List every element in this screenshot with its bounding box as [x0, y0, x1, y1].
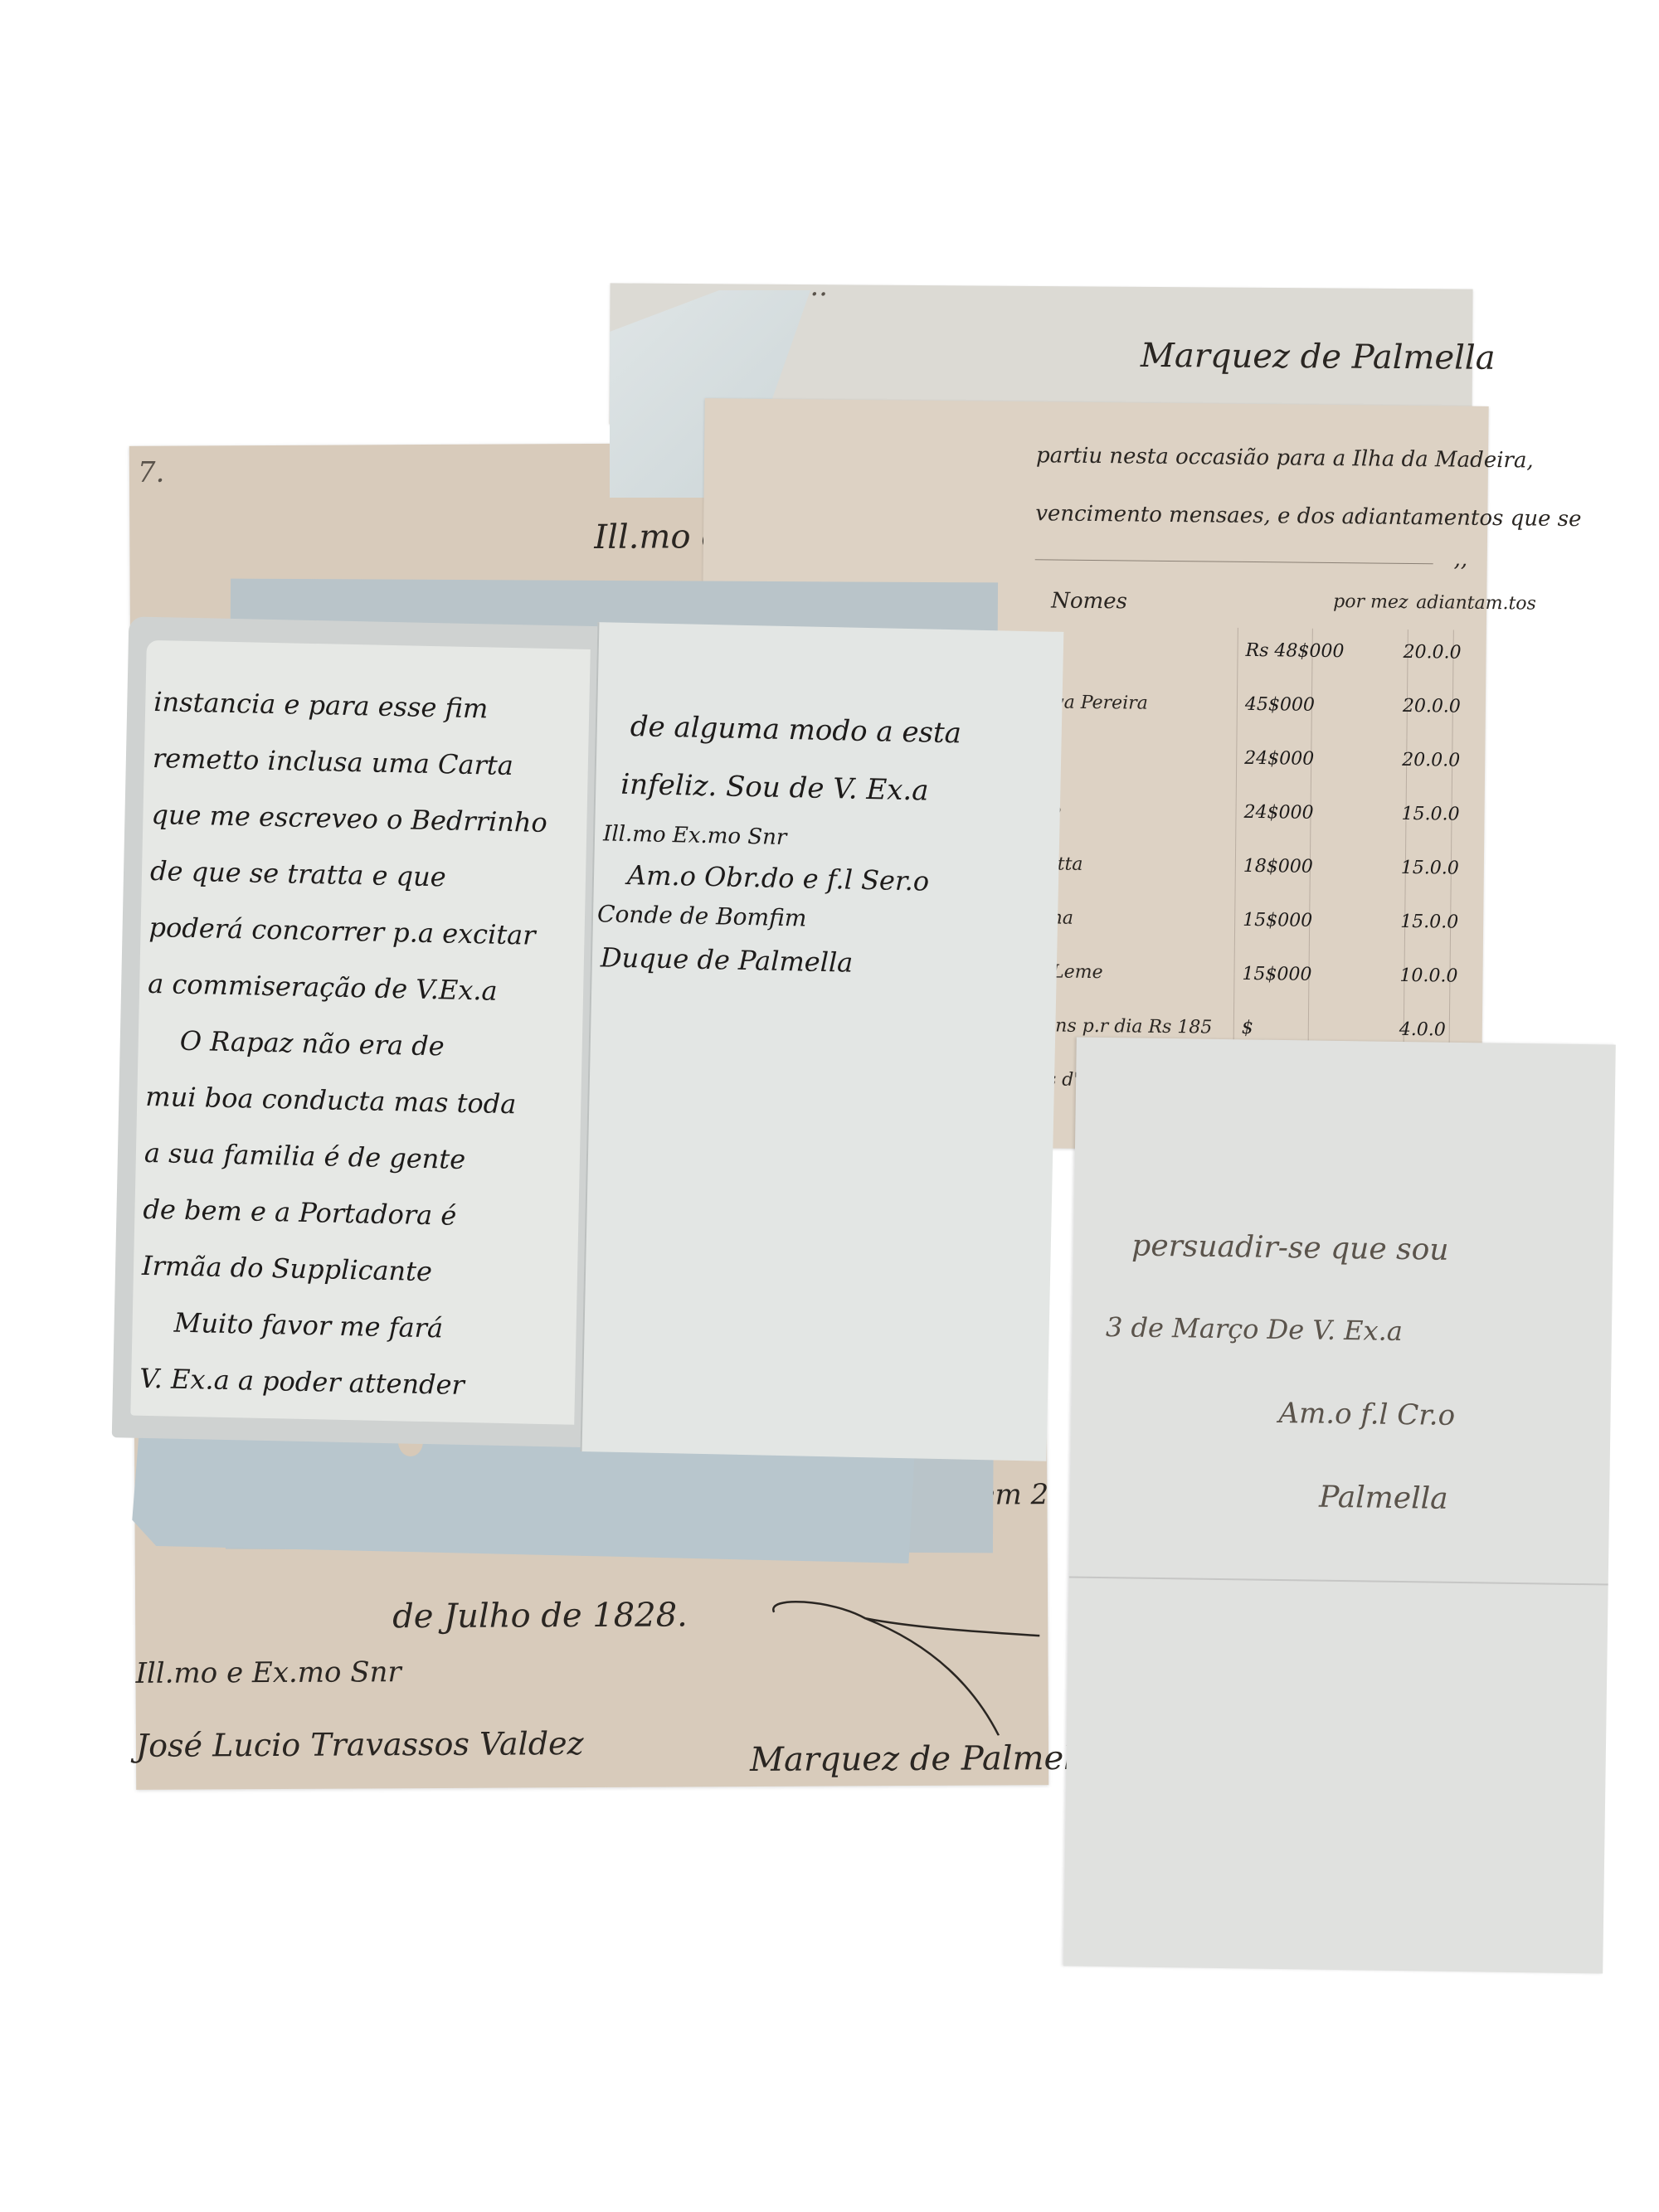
ledger-row-advance: 15.0.0 — [1401, 804, 1459, 825]
ledger-row-advance: 10.0.0 — [1399, 965, 1457, 987]
ledger-row-monthly: Rs 48$000 — [1245, 640, 1344, 662]
ledger-row-advance: 20.0.0 — [1403, 696, 1461, 717]
ledger-row-advance: 4.0.0 — [1399, 1019, 1446, 1041]
left-page-line: V. Ex.a a poder attender — [139, 1363, 465, 1401]
right-page-line: Am.o Obr.do e f.l Ser.o — [627, 859, 930, 897]
left-page-line: poderá concorrer p.a excitar — [148, 912, 536, 951]
tan-letter-signature: Marquez de Palmella — [750, 1739, 1105, 1779]
small-letter-line: 3 de Março De V. Ex.a — [1106, 1311, 1403, 1347]
right-page-line: infeliz. Sou de V. Ex.a — [620, 768, 929, 808]
ledger-col-names: Nomes — [1051, 588, 1127, 614]
ledger-col-advance: adiantam.tos — [1416, 592, 1536, 615]
ledger-row-monthly: 24$000 — [1244, 748, 1314, 770]
right-page-line: de alguma modo a esta — [630, 710, 961, 750]
ledger-row-monthly: $ — [1242, 1018, 1253, 1038]
left-page-line: que me escreveo o Bedrrinho — [151, 799, 547, 839]
right-page-line: Ill.mo Ex.mo Snr — [603, 821, 787, 850]
ledger-row-advance: 15.0.0 — [1400, 912, 1458, 933]
ledger-row-monthly: 15$000 — [1243, 910, 1312, 931]
left-page-line: mui boa conducta mas toda — [145, 1081, 517, 1120]
left-page-line: O Rapaz não era de — [179, 1025, 445, 1062]
open-letter-right-page: de alguma modo a estainfeliz. Sou de V. … — [581, 622, 1064, 1461]
left-page-line: a sua familia é de gente — [144, 1137, 466, 1175]
top-letter-signature: Marquez de Palmella — [1141, 337, 1496, 377]
fold-crease — [1069, 1576, 1608, 1585]
open-folded-letter: instancia e para esse fimremetto inclusa… — [112, 616, 1062, 1456]
left-page-line: instancia e para esse fim — [153, 686, 489, 724]
ledger-row-monthly: 24$000 — [1243, 802, 1313, 824]
small-letter-line: persuadir-se que sou — [1131, 1228, 1449, 1266]
small-letter-line: Palmella — [1319, 1480, 1448, 1516]
left-page-line: a commiseração de V.Ex.a — [148, 968, 498, 1007]
left-page-line: de bem e a Portadora é — [143, 1194, 457, 1232]
letter-date: de Julho de 1828. — [392, 1596, 688, 1636]
left-page-line: remetto inclusa uma Carta — [153, 742, 514, 781]
left-page-text: instancia e para esse fimremetto inclusa… — [147, 640, 591, 649]
ledger-row-advance: 20.0.0 — [1402, 750, 1460, 771]
addressee-name: José Lucio Travassos Valdez — [136, 1725, 584, 1764]
left-page-line: Irmãa do Supplicante — [142, 1250, 433, 1287]
ledger-row-monthly: 45$000 — [1245, 694, 1315, 716]
ledger-intro-1: partiu nesta occasião para a Ilha da Mad… — [1036, 443, 1534, 473]
ledger-row-monthly: 18$000 — [1243, 856, 1313, 878]
small-letter-line: Am.o f.l Cr.o — [1278, 1397, 1455, 1432]
ledger-closing-mark: ,, — [1454, 547, 1468, 572]
left-page-line: de que se tratta e que — [150, 855, 446, 892]
signature-flourish — [766, 1594, 1048, 1737]
ledger-intro-2: vencimento mensaes, e dos adiantamentos … — [1035, 501, 1581, 532]
small-letter-sheet: persuadir-se que sou3 de Março De V. Ex.… — [1063, 1038, 1616, 1974]
right-page-line: Duque de Palmella — [601, 941, 854, 978]
ledger-row-monthly: 15$000 — [1242, 964, 1311, 985]
open-letter-left-page: instancia e para esse fimremetto inclusa… — [112, 616, 598, 1447]
ledger-col-monthly: por mez — [1333, 591, 1408, 613]
ledger-row-advance: 15.0.0 — [1401, 858, 1459, 879]
left-page-line: Muito favor me fará — [173, 1307, 443, 1344]
margin-note: 7. — [138, 456, 165, 489]
addressee-title: Ill.mo e Ex.mo Snr — [135, 1655, 401, 1690]
right-page-line: Conde de Bomfim — [597, 900, 807, 931]
ledger-row-advance: 20.0.0 — [1403, 642, 1461, 664]
